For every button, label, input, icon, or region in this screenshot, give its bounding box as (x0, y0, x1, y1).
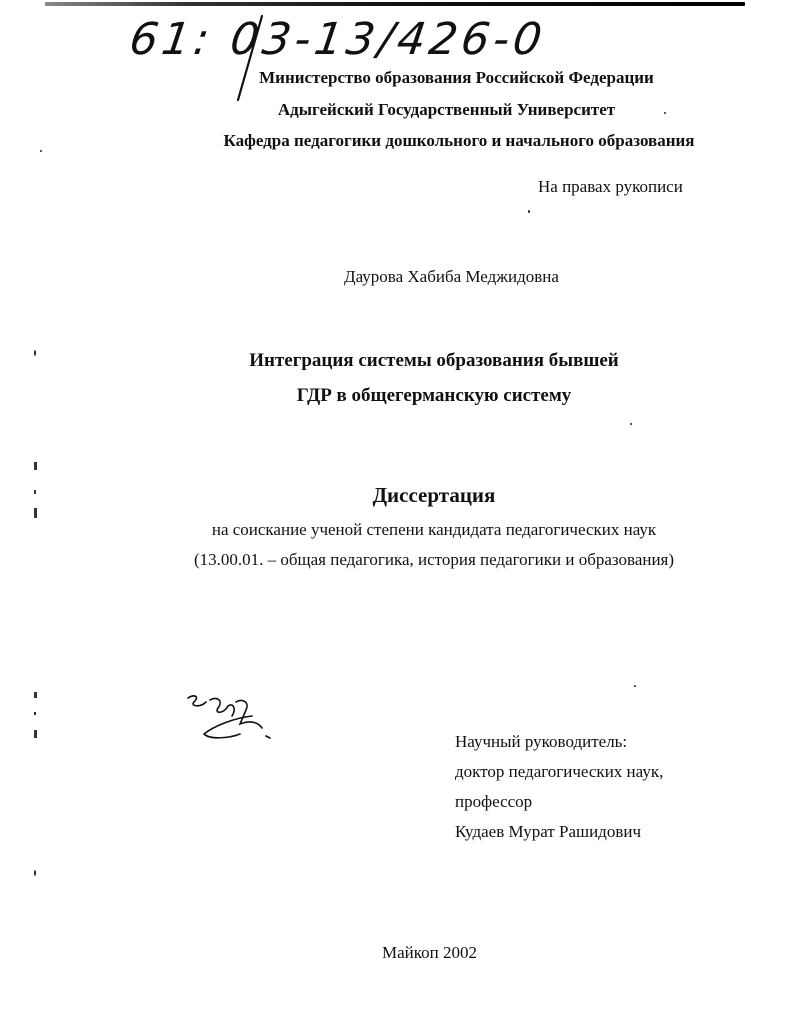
advisor-rank: профессор (455, 792, 532, 812)
title-line-2: ГДР в общегерманскую систему (0, 385, 798, 407)
scan-artifact (34, 712, 36, 715)
work-type-heading: Диссертация (0, 483, 798, 508)
department-line: Кафедра педагогики дошкольного и начальн… (0, 131, 798, 151)
scan-edge (45, 2, 745, 6)
scan-artifact (34, 692, 37, 698)
scan-artifact (34, 508, 37, 518)
degree-line: на соискание ученой степени кандидата пе… (0, 520, 798, 540)
scan-artifact (528, 210, 530, 213)
title-line-1: Интеграция системы образования бывшей (0, 350, 798, 372)
city-year: Майкоп 2002 (382, 943, 477, 963)
scan-artifact (34, 730, 37, 738)
scan-artifact (34, 870, 36, 876)
advisor-name: Кудаев Мурат Рашидович (455, 822, 641, 842)
university-line: Адыгейский Государственный Университет (0, 100, 798, 120)
scan-artifact (34, 350, 36, 356)
pen-slash-stroke (232, 14, 272, 104)
scanned-page: 61: 03-13/426-0 Министерство образования… (0, 0, 798, 1028)
ministry-line: Министерство образования Российской Феде… (0, 68, 798, 88)
scan-artifact (34, 490, 36, 494)
scan-artifact (34, 462, 37, 470)
advisor-label: Научный руководитель: (455, 732, 627, 752)
handwritten-archive-number: 61: 03-13/426-0 (126, 14, 549, 65)
advisor-degree: доктор педагогических наук, (455, 762, 663, 782)
scan-artifact (40, 150, 42, 152)
scan-artifact (664, 112, 666, 114)
scan-artifact (630, 423, 632, 425)
author-name: Даурова Хабиба Меджидовна (344, 267, 559, 287)
specialty-line: (13.00.01. – общая педагогика, история п… (0, 550, 798, 570)
scan-artifact (634, 685, 636, 687)
manuscript-note: На правах рукописи (538, 177, 683, 197)
handwritten-signature (180, 688, 280, 748)
